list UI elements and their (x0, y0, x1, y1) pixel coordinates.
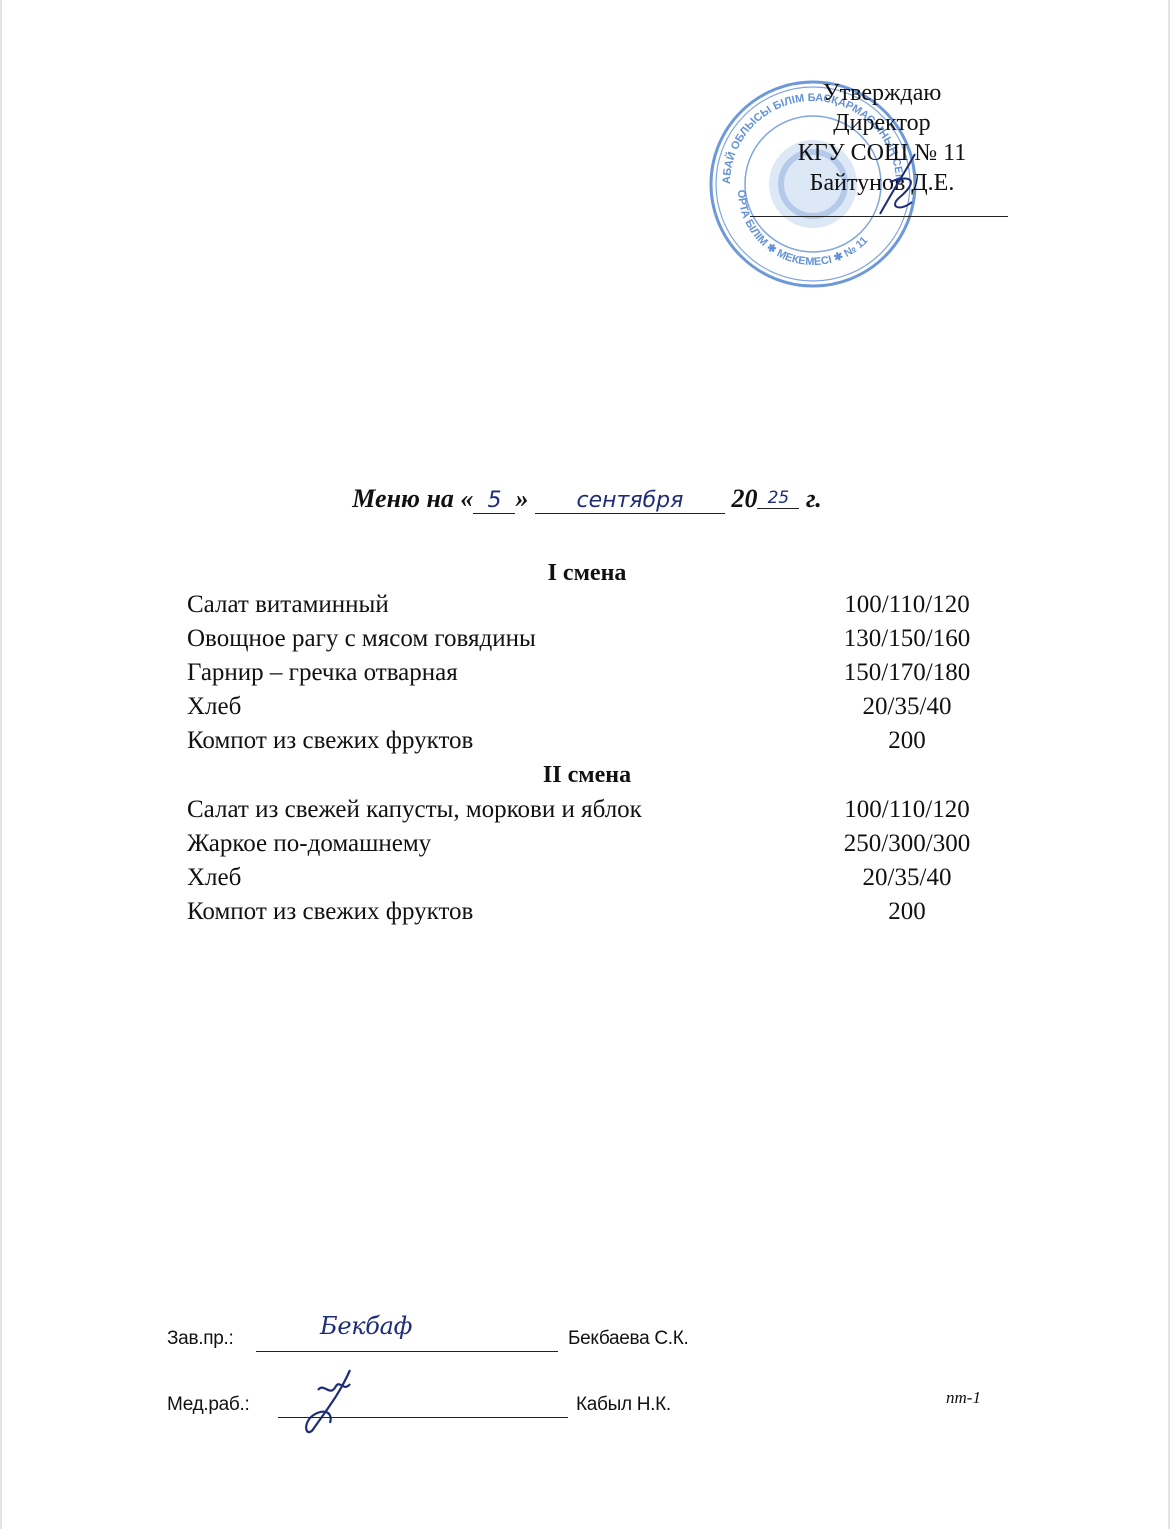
menu-row: Компот из свежих фруктов 200 (187, 724, 987, 758)
title-prefix: Меню на « (352, 484, 473, 513)
menu-row: Хлеб 20/35/40 (187, 861, 987, 895)
menu-row: Салат витаминный 100/110/120 (187, 588, 987, 622)
handwritten-signature-head: Бекбаф (320, 1312, 412, 1340)
dish-name: Гарнир – гречка отварная (187, 656, 458, 690)
dish-portion: 20/35/40 (827, 690, 987, 724)
dish-portion: 130/150/160 (827, 622, 987, 656)
menu-title: Меню на «5» сентября 2025 г. (2, 484, 1170, 514)
signature-role-head: Зав.пр.: (167, 1328, 233, 1350)
medical-signature-icon (300, 1368, 360, 1440)
shift-2-heading: II смена (2, 762, 1170, 789)
dish-name: Компот из свежих фруктов (187, 895, 473, 929)
menu-row: Жаркое по-домашнему 250/300/300 (187, 827, 987, 861)
dish-name: Салат витаминный (187, 588, 389, 622)
dish-name: Хлеб (187, 861, 241, 895)
dish-name: Хлеб (187, 690, 241, 724)
dish-name: Жаркое по-домашнему (187, 827, 431, 861)
dish-portion: 200 (827, 895, 987, 929)
title-quote: » (515, 484, 528, 513)
dish-portion: 200 (827, 724, 987, 758)
menu-row: Салат из свежей капусты, моркови и яблок… (187, 793, 987, 827)
dish-portion: 250/300/300 (827, 827, 987, 861)
dish-name: Овощное рагу с мясом говядины (187, 622, 536, 656)
signature-name-medical: Кабыл Н.К. (576, 1394, 671, 1416)
director-signature-icon (870, 152, 930, 222)
document-page: АБАЙ ОБЛЫСЫ БІЛІМ БАСҚАРМАСЫНЫҢ СЕМЕЙ ҚА… (0, 0, 1170, 1529)
dish-name: Компот из свежих фруктов (187, 724, 473, 758)
signature-name-head: Бекбаева С.К. (568, 1328, 689, 1350)
signature-line-medical (278, 1417, 568, 1418)
signature-line-head (256, 1351, 558, 1352)
dish-portion: 150/170/180 (827, 656, 987, 690)
dish-portion: 100/110/120 (827, 588, 987, 622)
menu-row: Гарнир – гречка отварная 150/170/180 (187, 656, 987, 690)
title-suffix: г. (806, 484, 822, 513)
menu-row: Хлеб 20/35/40 (187, 690, 987, 724)
signature-role-medical: Мед.раб.: (167, 1394, 249, 1416)
handwritten-year: 25 (757, 488, 799, 509)
handwritten-day: 5 (473, 488, 515, 514)
handwritten-month: сентября (535, 488, 725, 514)
approval-position: Директор (762, 108, 1002, 138)
form-code: пт-1 (946, 1388, 981, 1408)
menu-row: Компот из свежих фруктов 200 (187, 895, 987, 929)
shift-1-heading: I смена (2, 560, 1170, 587)
menu-row: Овощное рагу с мясом говядины 130/150/16… (187, 622, 987, 656)
dish-portion: 20/35/40 (827, 861, 987, 895)
dish-name: Салат из свежей капусты, моркови и яблок (187, 793, 642, 827)
title-year-prefix: 20 (731, 484, 757, 513)
approval-title: Утверждаю (762, 78, 1002, 108)
dish-portion: 100/110/120 (827, 793, 987, 827)
